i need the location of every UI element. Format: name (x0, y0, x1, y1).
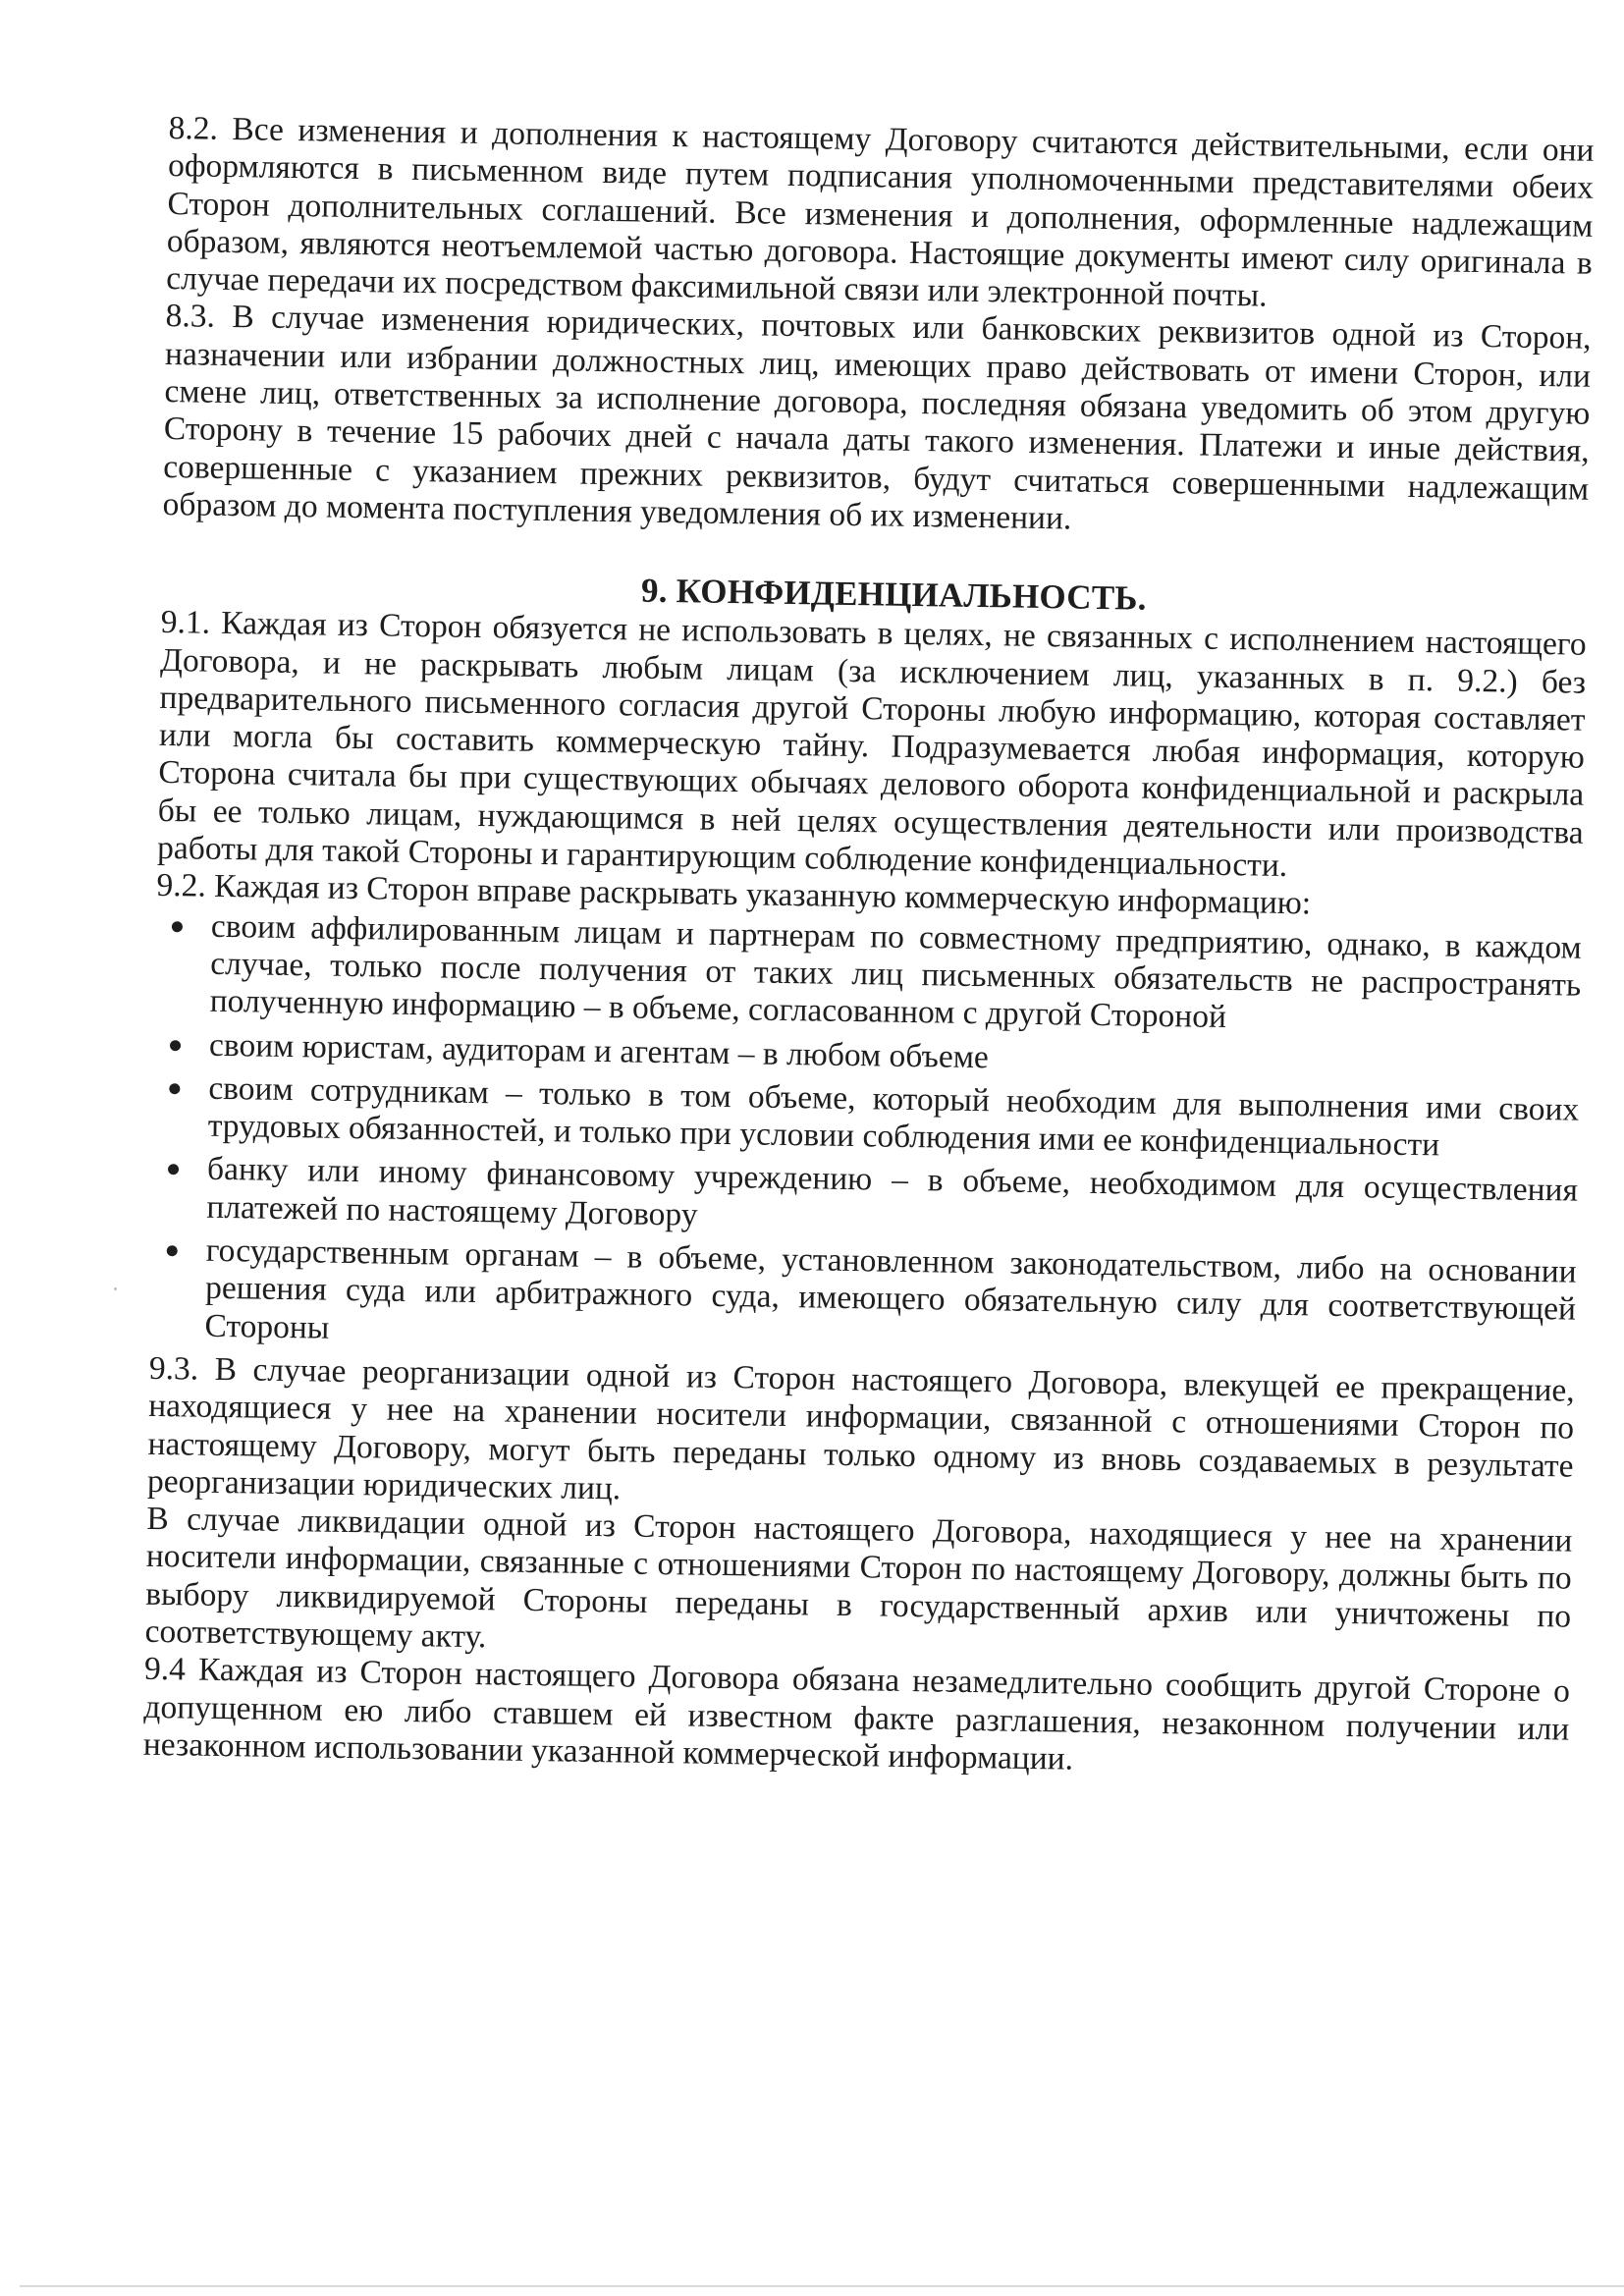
list-item-text: своим аффилированным лицам и партнерам п… (209, 907, 1582, 1035)
disclosure-list: своим аффилированным лицам и партнерам п… (149, 907, 1582, 1367)
paragraph-9-3-liquidation: В случае ликвидации одной из Сторон наст… (144, 1501, 1572, 1673)
paragraph-9-1: 9.1. Каждая из Сторон обязуется не испол… (157, 604, 1587, 890)
list-item: своим сотрудникам – только в том объеме,… (152, 1069, 1579, 1167)
scan-edge-line (20, 2285, 1624, 2287)
list-item-text: государственным органам – в объеме, уста… (204, 1232, 1577, 1346)
bullet-icon (167, 1245, 178, 1256)
list-item: государственным органам – в объеме, уста… (149, 1231, 1577, 1367)
list-item-text: своим юристам, аудиторам и агентам – в л… (209, 1026, 989, 1074)
bullet-icon (170, 1040, 181, 1051)
bullet-icon (172, 921, 183, 932)
paragraph-9-3: 9.3. В случае реорганизации одной из Сто… (147, 1350, 1575, 1523)
paragraph-8-2: 8.2. Все изменения и дополнения к настоя… (166, 110, 1595, 320)
scan-speck (114, 1287, 117, 1290)
scanned-page: 8.2. Все изменения и дополнения к настоя… (0, 0, 1624, 2296)
paragraph-9-4: 9.4 Каждая из Сторон настоящего Договора… (143, 1651, 1571, 1786)
list-item: банку или иному финансовому учреждению –… (151, 1150, 1578, 1247)
list-item: своим аффилированным лицам и партнерам п… (154, 907, 1582, 1043)
bullet-icon (169, 1083, 180, 1094)
bullet-icon (168, 1165, 179, 1175)
list-item-text: своим сотрудникам – только в том объеме,… (207, 1070, 1579, 1164)
document-body: 8.2. Все изменения и дополнения к настоя… (143, 110, 1595, 1786)
paragraph-8-3: 8.3. В случае изменения юридических, поч… (162, 298, 1591, 546)
